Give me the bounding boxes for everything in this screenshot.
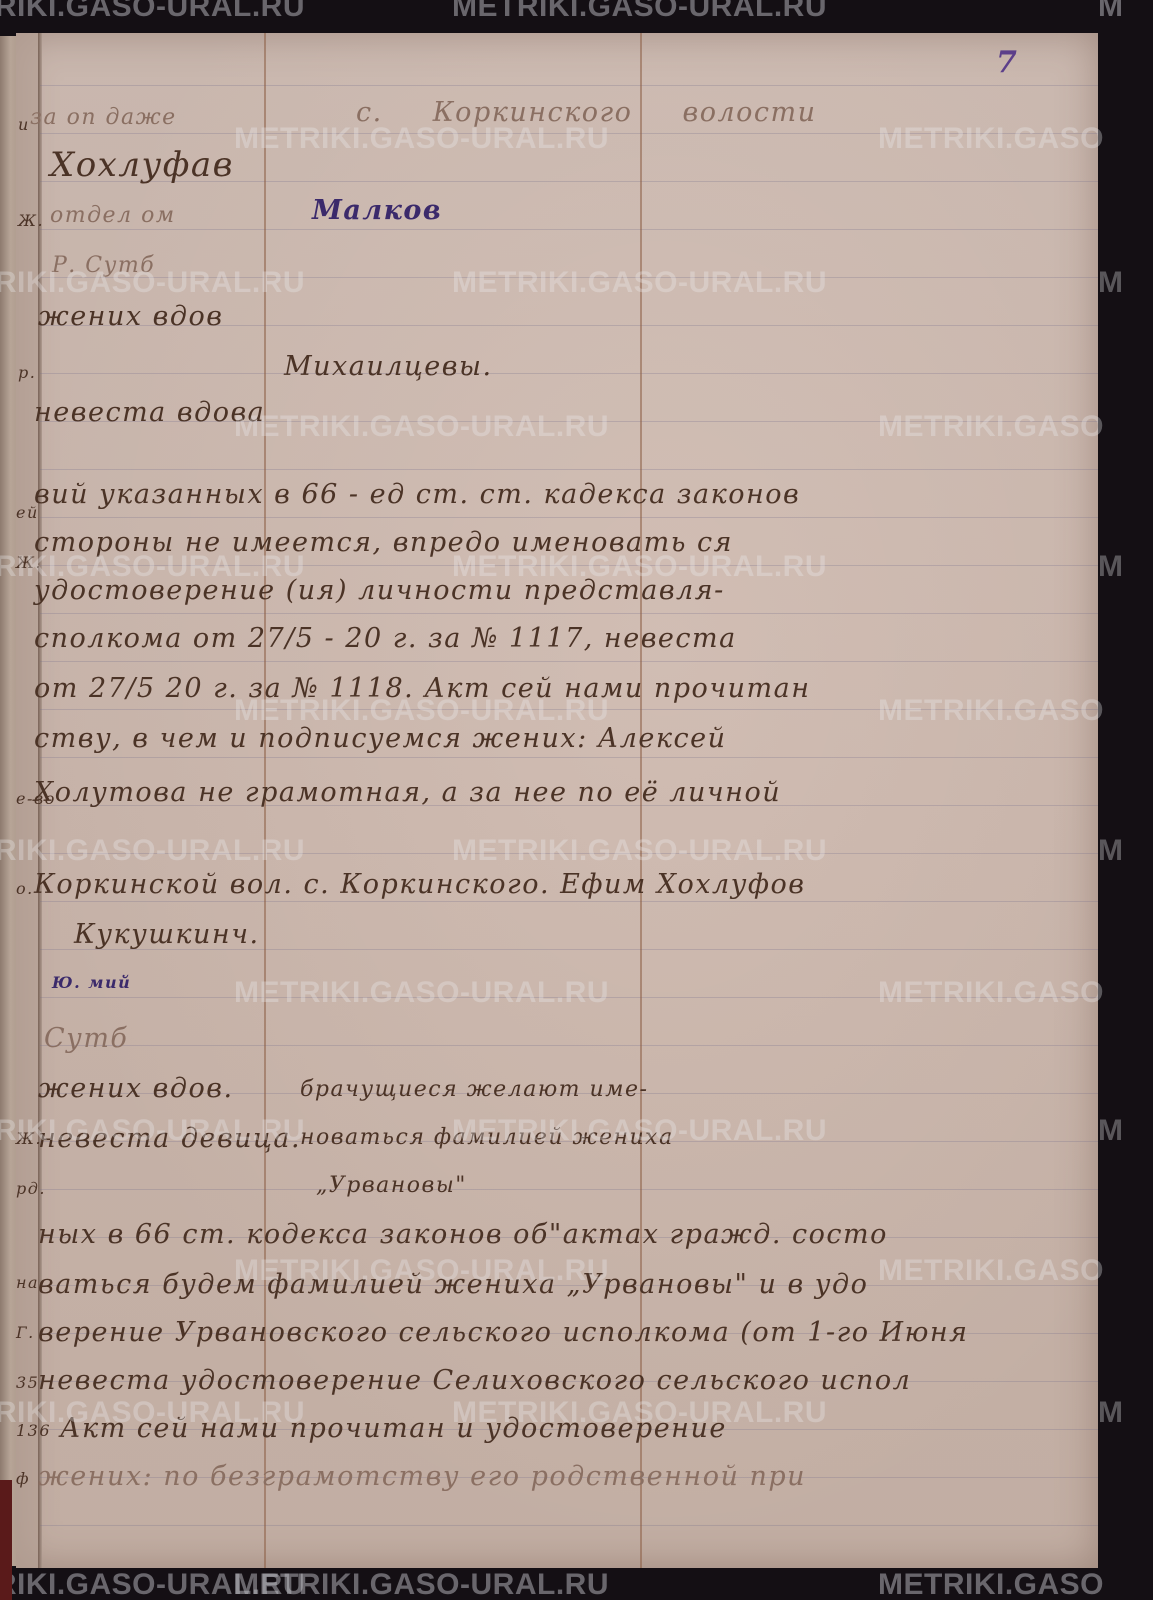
watermark: METRIKI.GASO-URAL.RU — [234, 122, 609, 156]
registrar-signature: Малков — [312, 195, 442, 226]
margin-fragment: ф — [16, 1469, 30, 1488]
binding-edge — [0, 1480, 12, 1600]
record2-body-line: невеста удостоверение Селиховского сельс… — [38, 1365, 911, 1396]
header-left-fragment: за оп даже — [30, 105, 177, 130]
watermark: M — [1098, 1396, 1124, 1430]
groom-status: жених вдов — [38, 301, 223, 332]
record2-groom-status: жених вдов. — [38, 1073, 234, 1104]
watermark: METRIKI.GASO — [878, 410, 1104, 444]
watermark: METRIKI.GASO-URAL.RU — [0, 1114, 305, 1148]
watermark: METRIKI.GASO-URAL.RU — [234, 976, 609, 1010]
watermark: M — [1098, 266, 1124, 300]
watermark: M — [1098, 1114, 1124, 1148]
record2-right-line: „Урвановы" — [316, 1173, 467, 1198]
record2-body-line: верение Урвановского сельского исполкома… — [38, 1317, 969, 1348]
record2-margin-note: Сутб — [44, 1023, 128, 1054]
violet-stamp: Ю. мий — [52, 973, 131, 992]
watermark: METRIKI.GASO-URAL.RU — [452, 834, 827, 868]
watermark: M — [1098, 0, 1124, 24]
record2-body-line: ных в 66 ст. кодекса законов об"актах гр… — [38, 1219, 888, 1250]
watermark: METRIKI.GASO-URAL.RU — [452, 550, 827, 584]
page-number: 7 — [996, 45, 1018, 80]
margin-fragment: ей — [16, 503, 39, 522]
margin-fragment: и — [18, 115, 30, 134]
watermark: METRIKI.GASO — [878, 1254, 1104, 1288]
watermark: M — [1098, 550, 1124, 584]
record1-body-line: Холутова не грамотная, а за нее по её ли… — [34, 777, 781, 808]
watermark: METRIKI.GASO-URAL.RU — [452, 1396, 827, 1430]
margin-fragment: е-во — [16, 789, 56, 808]
watermark: METRIKI.GASO-URAL.RU — [234, 694, 609, 728]
watermark: METRIKI.GASO-URAL.RU — [234, 410, 609, 444]
record1-body-line: сполкома от 27/5 - 20 г. за № 1117, неве… — [34, 623, 737, 654]
watermark: METRIKI.GASO-URAL.RU — [0, 1396, 305, 1430]
watermark: METRIKI.GASO-URAL.RU — [234, 1568, 609, 1600]
margin-fragment: р. — [18, 363, 36, 382]
margin-fragment: на — [16, 1273, 39, 1292]
watermark: METRIKI.GASO-URAL.RU — [0, 266, 305, 300]
watermark: METRIKI.GASO — [878, 694, 1104, 728]
watermark: METRIKI.GASO — [878, 122, 1104, 156]
margin-fragment: Г. — [16, 1323, 35, 1342]
record1-surname-heading: Хохлуфав — [50, 145, 234, 185]
margin-fragment: 35 — [16, 1373, 39, 1392]
record1-body-line: вий указанных в 66 - ед ст. ст. кадекса … — [34, 479, 800, 510]
watermark: METRIKI.GASO — [878, 1568, 1104, 1600]
record2-body-line: жених: по безграмотству его родственной … — [38, 1461, 806, 1492]
watermark: METRIKI.GASO-URAL.RU — [452, 0, 827, 24]
margin-fragment: рд. — [16, 1179, 46, 1198]
record1-official-label: отдел ом — [50, 203, 176, 228]
record2-right-line: брачущиеся желают име- — [300, 1077, 648, 1102]
watermark: METRIKI.GASO-URAL.RU — [0, 550, 305, 584]
document-page: 7 за оп даже с. Коркинского волости Хохл… — [16, 33, 1098, 1568]
couple-surname: Михаилцевы. — [284, 351, 493, 382]
record1-body-line: Коркинской вол. с. Коркинского. Ефим Хох… — [34, 869, 805, 900]
record1-closing-signature: Кукушкинч. — [74, 919, 260, 950]
bride-status: невеста вдова — [34, 397, 265, 428]
watermark: METRIKI.GASO — [878, 976, 1104, 1010]
watermark: METRIKI.GASO-URAL.RU — [0, 0, 305, 24]
watermark: M — [1098, 834, 1124, 868]
margin-fragment: о. — [16, 879, 34, 898]
margin-fragment: Ж. — [18, 211, 44, 230]
watermark: METRIKI.GASO-URAL.RU — [452, 266, 827, 300]
watermark: METRIKI.GASO-URAL.RU — [452, 1114, 827, 1148]
watermark: METRIKI.GASO-URAL.RU — [0, 834, 305, 868]
watermark: METRIKI.GASO-URAL.RU — [234, 1254, 609, 1288]
